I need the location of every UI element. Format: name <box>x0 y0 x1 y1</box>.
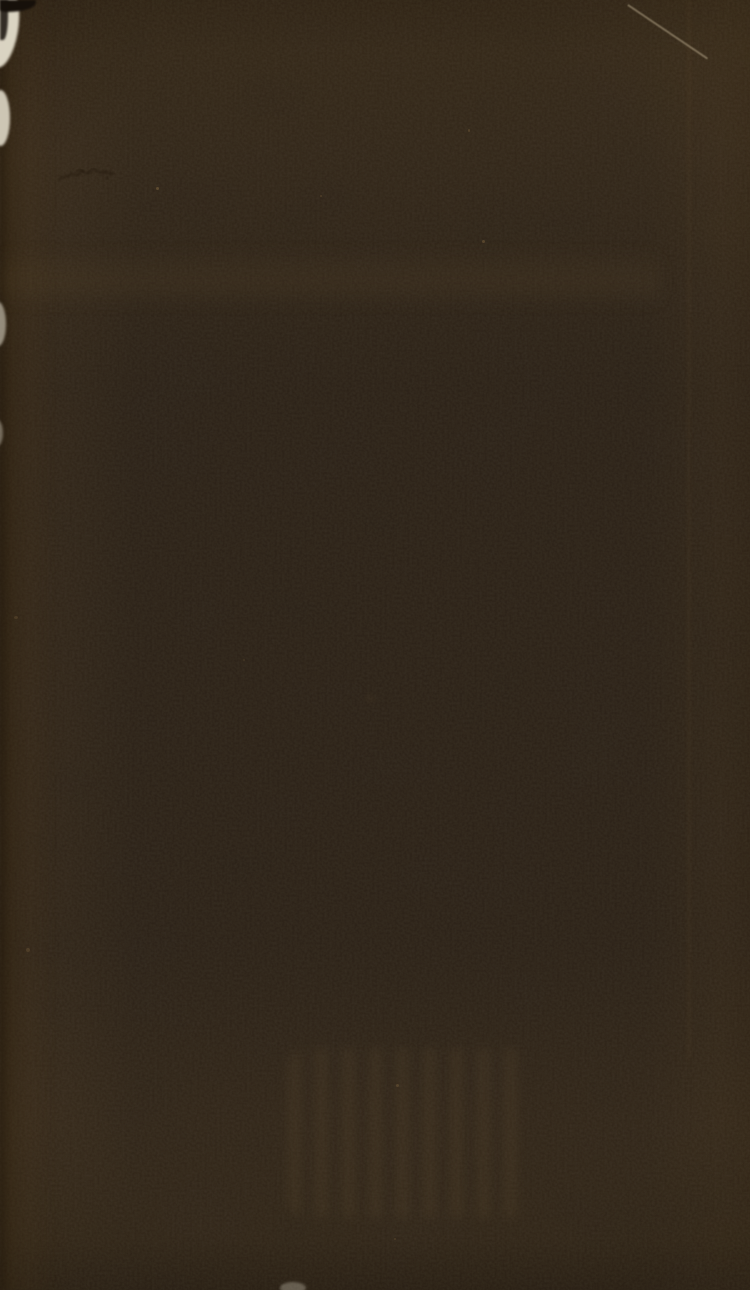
paper-dimple <box>366 694 375 703</box>
foxing-speck <box>156 187 159 190</box>
foxing-speck <box>243 659 245 661</box>
show-through-stripes <box>288 1048 528 1218</box>
pencil-smudge <box>52 154 124 196</box>
foxing-speck <box>320 195 322 197</box>
foxing-speck <box>14 616 18 619</box>
foxing-speck <box>482 240 485 243</box>
foxing-speck <box>26 948 30 952</box>
aged-paper-page-photo <box>0 0 750 1290</box>
vertical-crease-line <box>688 0 690 1060</box>
foxing-speck <box>394 1238 396 1240</box>
show-through-band <box>0 248 660 308</box>
underlying-page-edge <box>280 1282 306 1290</box>
foxing-speck <box>468 129 470 132</box>
foxing-speck <box>396 1084 399 1087</box>
left-gutter-shadow <box>0 0 56 1290</box>
